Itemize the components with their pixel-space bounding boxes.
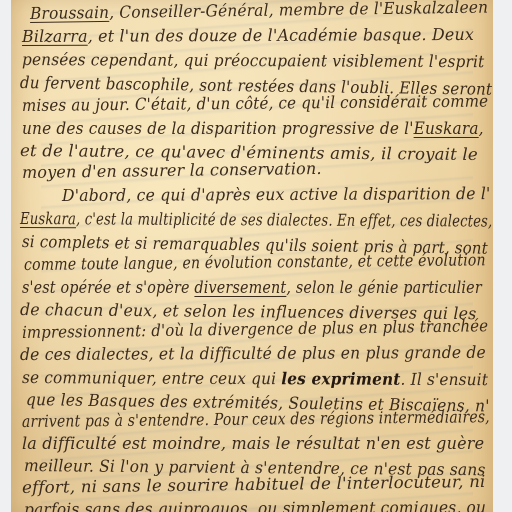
underlined-word: diversement [194, 278, 286, 297]
manuscript-line: comme toute langue, en évolution constan… [24, 250, 486, 274]
emphasized-text: les expriment [281, 369, 400, 389]
manuscript-line: s'est opérée et s'opère diversement, sel… [22, 278, 482, 297]
manuscript-line: la difficulté est moindre, mais le résul… [22, 434, 484, 453]
manuscript-line: se communiquer, entre ceux qui les expri… [22, 368, 488, 389]
manuscript-line: moyen d'en assurer la conservation. [22, 159, 322, 182]
underlined-word: Bilzarra [22, 27, 88, 46]
manuscript-line: Broussain, Conseiller-Général, membre de… [30, 0, 488, 23]
manuscript-line: impressionnent: d'où la divergence de pl… [22, 316, 488, 342]
underlined-word: Broussain [30, 3, 109, 23]
manuscript-line: Bilzarra, et l'un des douze de l'Académi… [22, 25, 474, 46]
underlined-word: Euskara [414, 119, 479, 138]
manuscript-page: Broussain, Conseiller-Général, membre de… [11, 0, 493, 512]
manuscript-line: Euskara, c'est la multiplicité de ses di… [20, 209, 492, 231]
manuscript-line: parfois sans des quiproquos, ou simpleme… [24, 498, 486, 512]
manuscript-line: une des causes de la disparition progres… [22, 119, 484, 138]
manuscript-line: pensées cependant, qui préoccupaient vis… [22, 50, 484, 71]
manuscript-line: mises au jour. C'était, d'un côté, ce qu… [22, 92, 488, 115]
manuscript-line: arrivent pas à s'entendre. Pour ceux des… [22, 407, 490, 431]
manuscript-line: D'abord, ce qui d'après eux active la di… [62, 184, 491, 205]
manuscript-line: de ces dialectes, et la difficulté de pl… [20, 343, 486, 364]
manuscript-line: effort, ni sans le sourire habituel de l… [22, 472, 486, 497]
underlined-word: Euskara [20, 209, 76, 228]
